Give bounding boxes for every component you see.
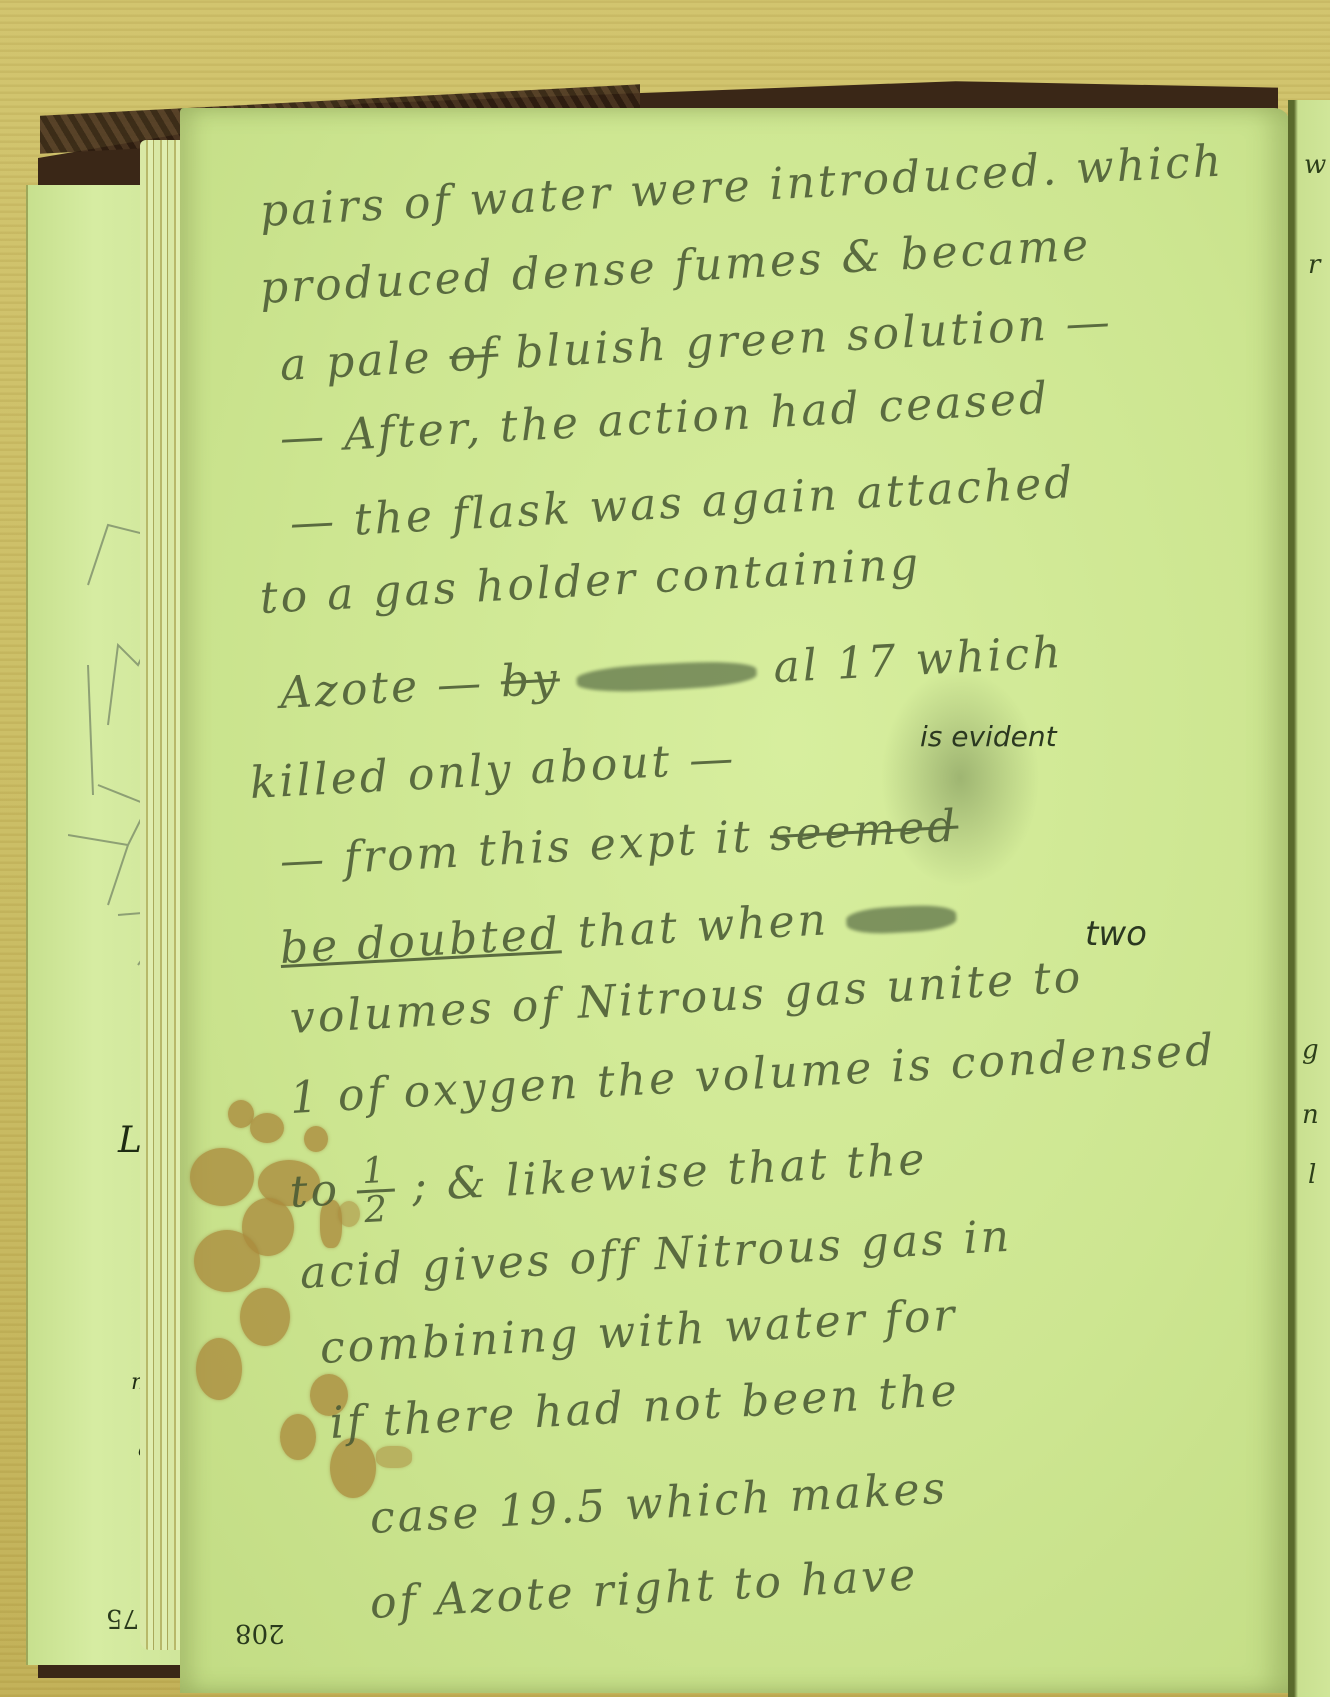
stain <box>240 1288 290 1346</box>
scribbled-out-word <box>576 659 757 694</box>
manuscript-line: to 1 2 ; & likewise that the <box>288 1125 929 1233</box>
struck-word: of <box>448 329 499 382</box>
manuscript-line: produced dense fumes & became <box>259 219 1093 313</box>
manuscript-line: of Azote right to have <box>369 1549 920 1629</box>
struck-word: be doubted <box>279 908 563 974</box>
manuscript-line: 1 of oxygen the volume is condensed <box>289 1024 1218 1123</box>
stain <box>196 1338 242 1400</box>
interlinear-insertion: is evident <box>920 720 1057 753</box>
stain <box>194 1230 260 1292</box>
stain <box>250 1113 284 1143</box>
manuscript-line: — After, the action had ceased <box>279 373 1052 464</box>
struck-word: seemed <box>769 800 960 861</box>
manuscript-line: — the flask was again attached <box>289 457 1077 549</box>
scribbled-out-word <box>845 903 956 935</box>
stain <box>376 1446 412 1468</box>
right-margin-mark: w <box>1304 150 1326 180</box>
main-page: pairs of water were introduced. which pr… <box>180 108 1290 1693</box>
struck-word: by <box>500 653 562 707</box>
manuscript-line: if there had not been the <box>329 1365 961 1449</box>
manuscript-line: be doubted that when <box>279 888 957 974</box>
manuscript-line: combining with water for <box>319 1290 959 1374</box>
stain <box>304 1126 328 1152</box>
manuscript-line: case 19.5 which makes <box>369 1463 950 1544</box>
right-margin-mark: n <box>1302 1100 1319 1130</box>
stain <box>280 1414 316 1460</box>
left-margin-mark: L <box>118 1120 142 1161</box>
manuscript-line: — from this expt it seemed <box>279 800 960 886</box>
manuscript-line: killed only about — <box>249 733 738 809</box>
right-margin-mark: g <box>1302 1035 1319 1065</box>
graphite-smudge <box>880 668 1040 888</box>
interlinear-insertion: two <box>1085 914 1147 954</box>
right-margin-mark: l <box>1308 1160 1316 1190</box>
stain <box>190 1148 254 1206</box>
right-margin-mark: r <box>1308 250 1320 280</box>
fraction-one-half: 1 2 <box>355 1153 397 1230</box>
right-page: w r g n l <box>1288 100 1330 1697</box>
manuscript-line: to a gas holder containing <box>259 538 923 624</box>
main-page-number: 208 <box>235 1618 285 1648</box>
